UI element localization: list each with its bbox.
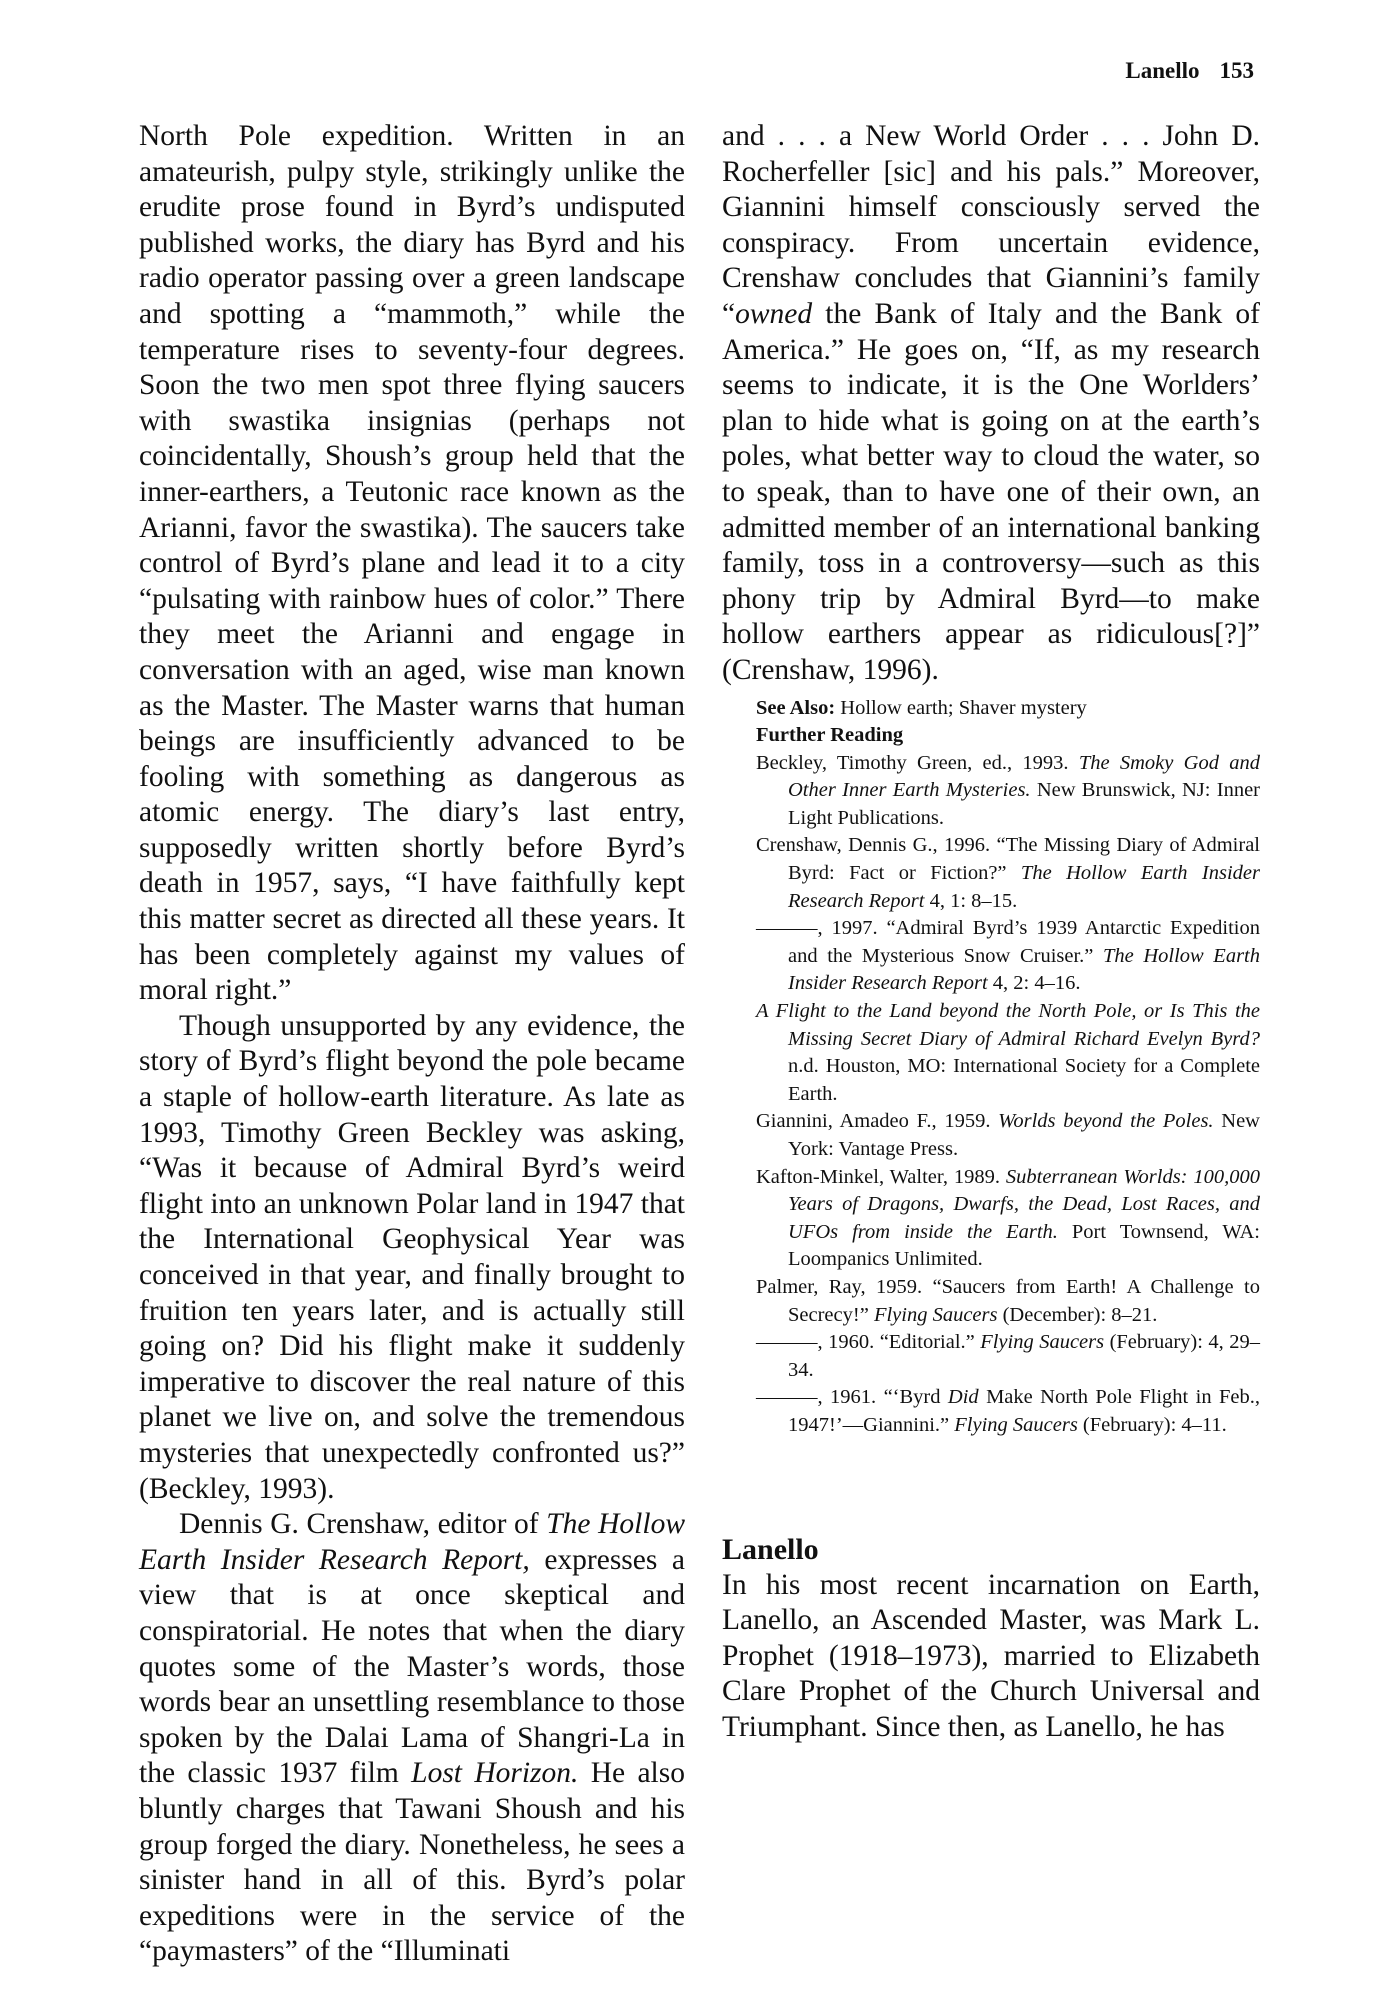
running-head: Lanello153 xyxy=(1125,58,1254,84)
text-run: ———, 1961. “‘Byrd xyxy=(756,1386,948,1408)
body-paragraph: North Pole expedition. Written in an ama… xyxy=(139,119,685,1009)
body-paragraph: Though unsupported by any evidence, the … xyxy=(139,1009,685,1507)
text-run: North Pole expedition. Written in an ama… xyxy=(139,120,685,1006)
text-run: ———, 1960. “Editorial.” xyxy=(756,1331,980,1353)
italic-text: Flying Saucers xyxy=(874,1304,998,1326)
reference-item: ———, 1961. “‘Byrd Did Make North Pole Fl… xyxy=(756,1384,1260,1439)
italic-text: A Flight to the Land beyond the North Po… xyxy=(756,1000,1260,1050)
reference-item: A Flight to the Land beyond the North Po… xyxy=(756,998,1260,1108)
text-run: Though unsupported by any evidence, the … xyxy=(139,1010,685,1505)
text-run: n.d. Houston, MO: International Society … xyxy=(788,1055,1260,1105)
further-reading-heading: Further Reading xyxy=(756,722,1260,750)
right-column: and . . . a New World Order . . . John D… xyxy=(722,119,1260,1746)
text-run: Beckley, Timothy Green, ed., 1993. xyxy=(756,752,1079,774)
reference-item: Kafton-Minkel, Walter, 1989. Subterranea… xyxy=(756,1164,1260,1274)
reference-item: Giannini, Amadeo F., 1959. Worlds beyond… xyxy=(756,1108,1260,1163)
see-also-links: Hollow earth; Shaver mystery xyxy=(840,697,1087,719)
references-section: See Also: Hollow earth; Shaver mystery F… xyxy=(722,695,1260,1440)
reference-item: ———, 1997. “Admiral Byrd’s 1939 Antarcti… xyxy=(756,915,1260,998)
italic-text: Did xyxy=(948,1386,979,1408)
italic-text: Flying Saucers xyxy=(954,1414,1078,1436)
left-column: North Pole expedition. Written in an ama… xyxy=(139,119,685,1970)
text-run: (December): 8–21. xyxy=(997,1304,1157,1326)
text-run: 4, 1: 8–15. xyxy=(924,890,1017,912)
see-also-label: See Also: xyxy=(756,697,835,719)
right-column-body: and . . . a New World Order . . . John D… xyxy=(722,119,1260,689)
italic-text: Worlds beyond the Poles. xyxy=(998,1110,1213,1132)
reference-item: Palmer, Ray, 1959. “Saucers from Earth! … xyxy=(756,1274,1260,1329)
left-column-body: North Pole expedition. Written in an ama… xyxy=(139,119,685,1970)
reference-list: Beckley, Timothy Green, ed., 1993. The S… xyxy=(756,750,1260,1440)
entry-heading: Lanello xyxy=(722,1532,1260,1568)
text-run: Dennis G. Crenshaw, editor of xyxy=(179,1508,546,1540)
italic-text: owned xyxy=(735,298,812,330)
text-run: 4, 2: 4–16. xyxy=(988,972,1081,994)
entry-body: In his most recent incarnation on Earth,… xyxy=(722,1568,1260,1746)
page-number: 153 xyxy=(1220,58,1255,83)
see-also: See Also: Hollow earth; Shaver mystery xyxy=(756,695,1260,723)
text-run: the Bank of Italy and the Bank of Americ… xyxy=(722,298,1260,686)
reference-item: Beckley, Timothy Green, ed., 1993. The S… xyxy=(756,750,1260,833)
body-paragraph: Dennis G. Crenshaw, editor of The Hollow… xyxy=(139,1507,685,1970)
text-run: Kafton-Minkel, Walter, 1989. xyxy=(756,1166,1006,1188)
reference-item: Crenshaw, Dennis G., 1996. “The Missing … xyxy=(756,832,1260,915)
italic-text: Flying Saucers xyxy=(980,1331,1104,1353)
body-paragraph: and . . . a New World Order . . . John D… xyxy=(722,119,1260,689)
text-run: expresses a view that is at once skeptic… xyxy=(139,1544,685,1790)
text-run: Giannini, Amadeo F., 1959. xyxy=(756,1110,998,1132)
text-run: (February): 4–11. xyxy=(1078,1414,1227,1436)
italic-text: Lost Horizon. xyxy=(411,1757,578,1789)
running-head-title: Lanello xyxy=(1125,58,1199,83)
reference-item: ———, 1960. “Editorial.” Flying Saucers (… xyxy=(756,1329,1260,1384)
